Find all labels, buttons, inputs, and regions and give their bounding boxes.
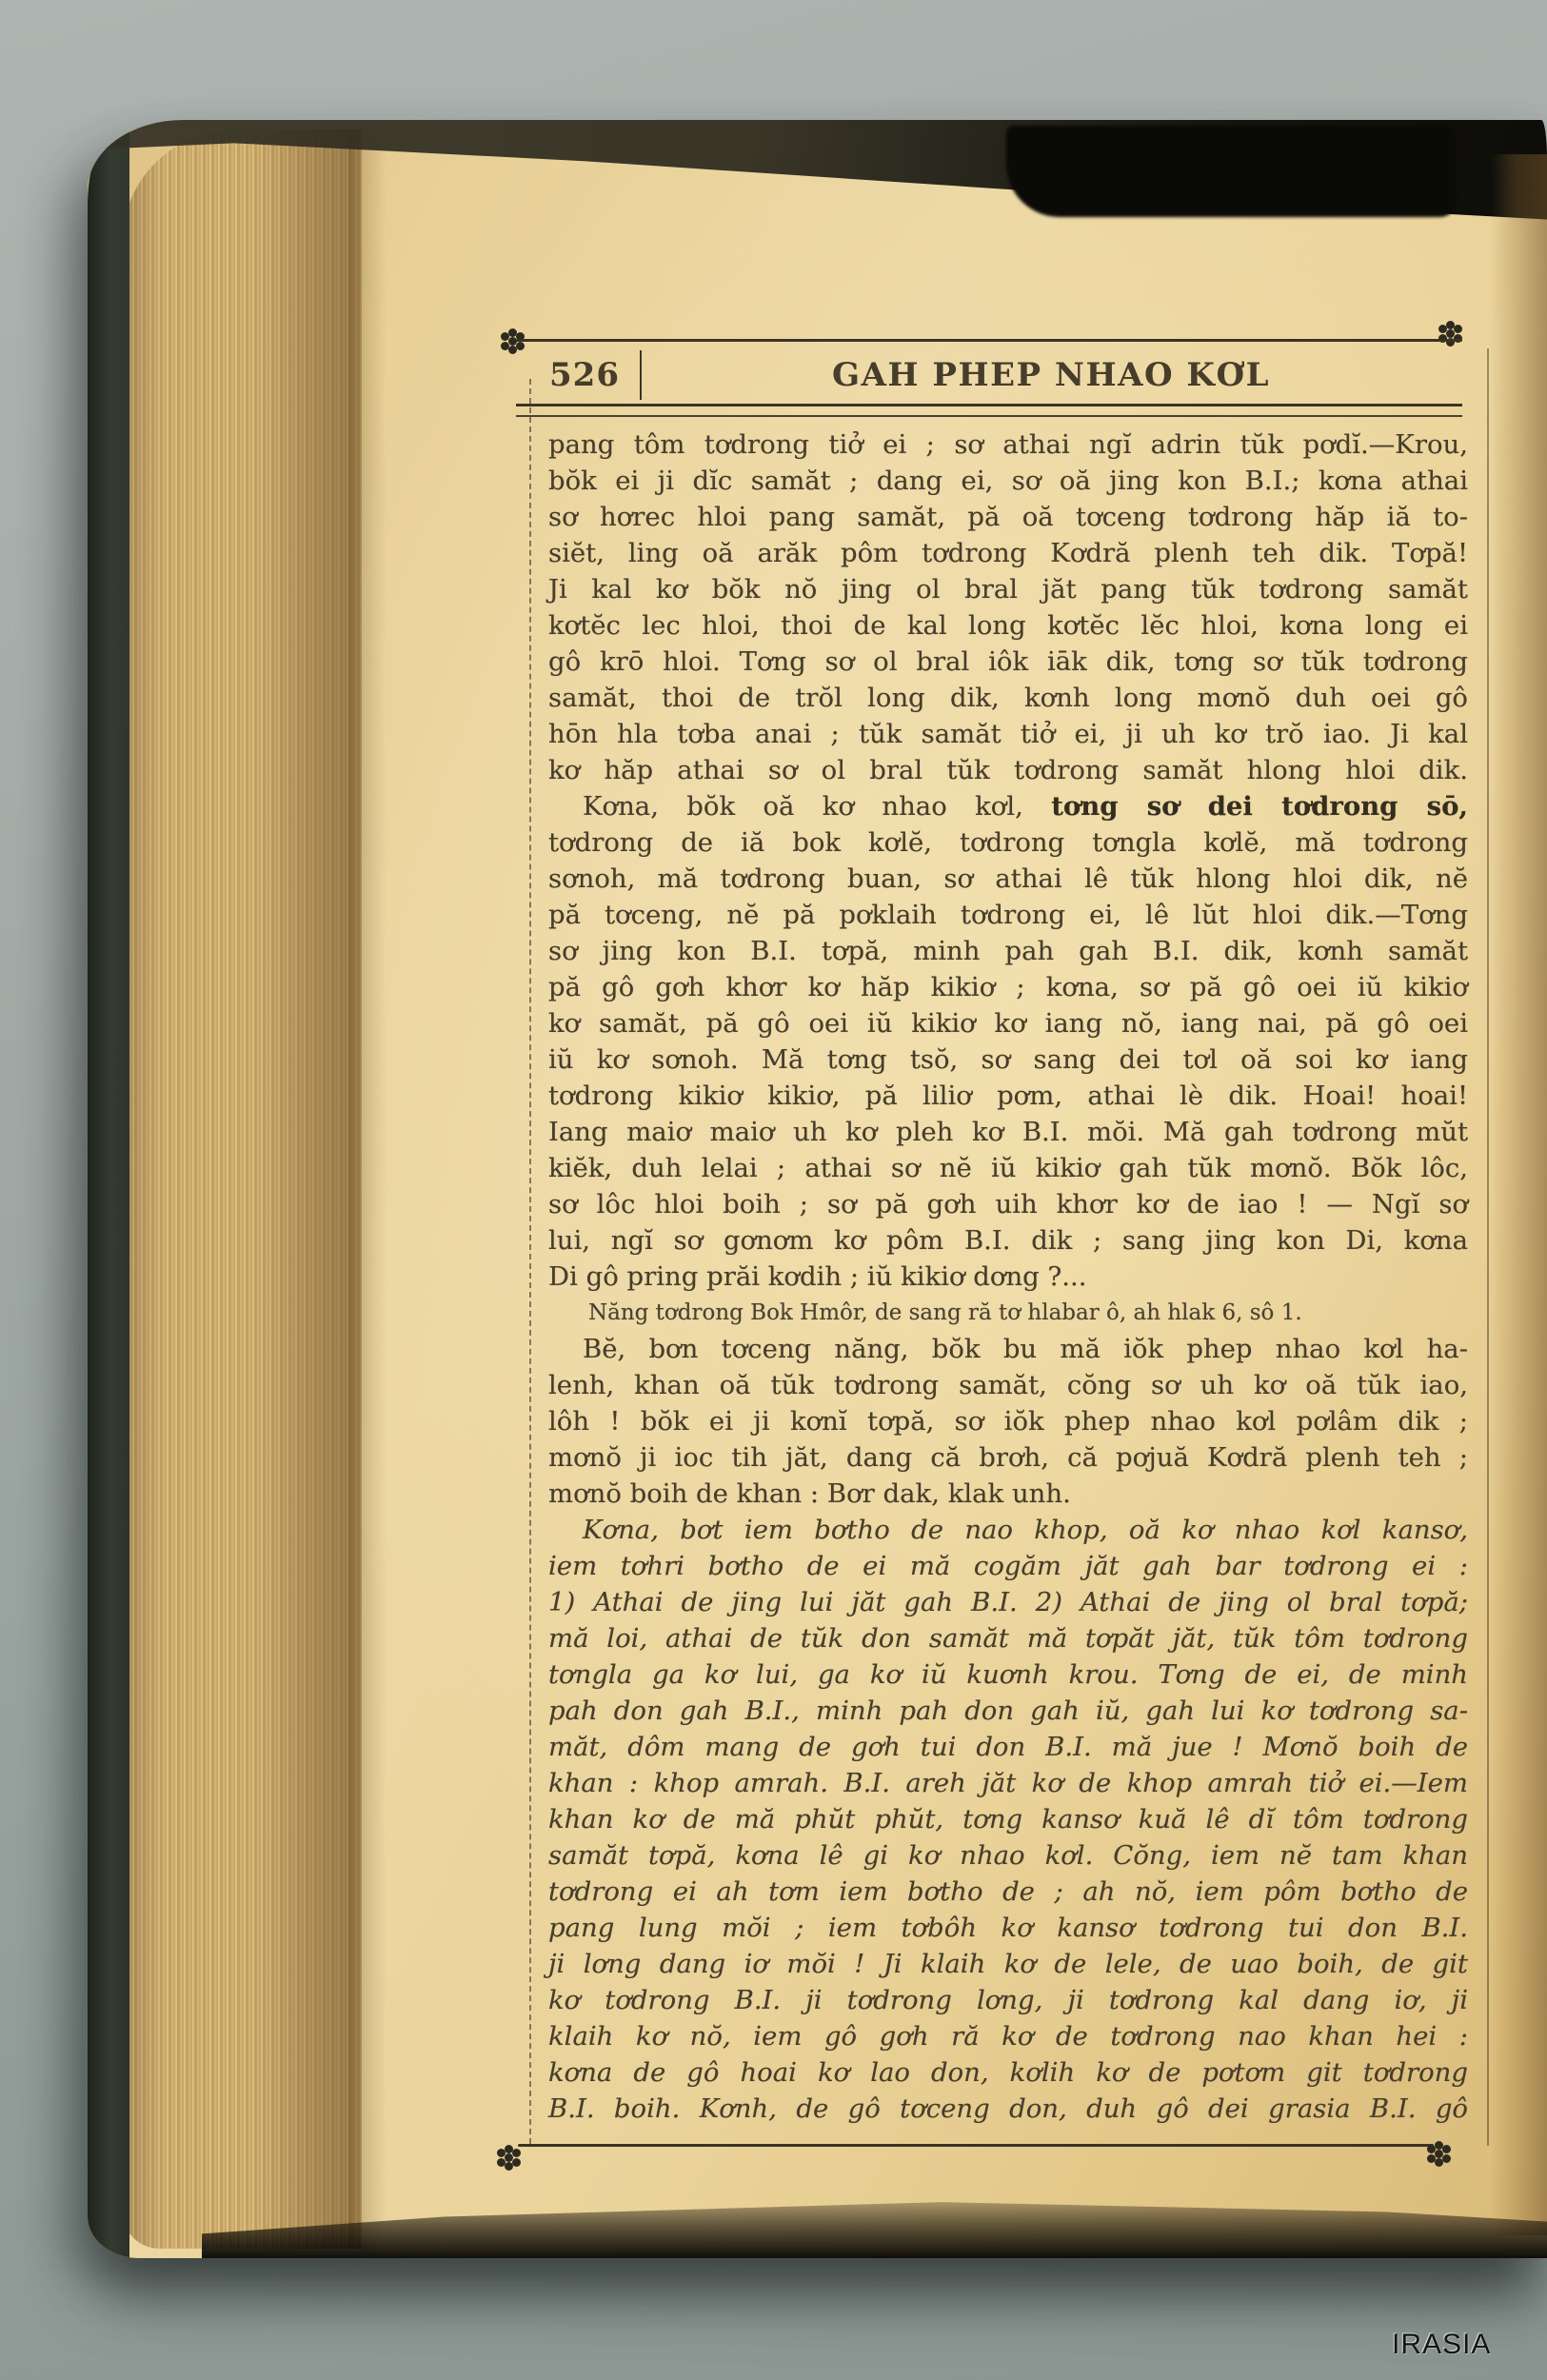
text-line: tơdrong kikiơ kikiơ, pă liliơ pơm, athai…: [548, 1078, 1468, 1114]
page-gutter-shadow: [1490, 154, 1547, 2235]
text-line: klaih kơ nŏ, iem gô gơh ră kơ de tơdrong…: [548, 2018, 1468, 2054]
text-line: Bĕ, bơn tơceng năng, bŏk bu mă iŏk phep …: [548, 1331, 1468, 1367]
text-line: sơ jing kon B.I. tơpă, minh pah gah B.I.…: [548, 933, 1468, 969]
text-line: mơnŏ boih de khan : Bơr dak, klak unh.: [548, 1476, 1468, 1512]
book-cover-edge: [88, 120, 129, 2258]
text-line: mă loi, athai de tŭk don samăt mă tơpăt …: [548, 1620, 1468, 1656]
header-top-rule: [516, 339, 1462, 342]
watermark: IRASIA: [1392, 2329, 1491, 2361]
text-line: pă gô gơh khơr kơ hăp kikiơ ; kơna, sơ p…: [548, 969, 1468, 1005]
paragraph: Kơna, bŏk oă kơ nhao kơl, tơng sơ dei tơ…: [548, 788, 1468, 1295]
text-line: Iang maiơ maiơ uh kơ pleh kơ B.I. mŏi. M…: [548, 1114, 1468, 1150]
right-border-line: [1487, 348, 1489, 2146]
text-line: lôh ! bŏk ei ji kơnĭ tơpă, sơ iŏk phep n…: [548, 1403, 1468, 1439]
text-line: lui, ngĭ sơ gơnơm kơ pôm B.I. dik ; sang…: [548, 1222, 1468, 1259]
flower-ornament-icon: [1446, 329, 1455, 338]
text-line: sơ lôc hloi boih ; sơ pă gơh uih khơr kơ…: [548, 1186, 1468, 1222]
fanned-page-edges: [122, 129, 362, 2249]
text-line: sơnoh, mă tơdrong buan, sơ athai lê tŭk …: [548, 861, 1468, 897]
text-line: Di gô pring prăi kơdih ; iŭ kikiơ dơng ?…: [548, 1259, 1468, 1295]
paragraph: Năng tơdrong Bok Hmôr, de sang ră tơ hla…: [548, 1295, 1468, 1331]
text-line: samăt, thoi de trŏl long dik, kơnh long …: [548, 680, 1468, 716]
text-line: tơdrong de iă bok kơlĕ, tơdrong tơngla k…: [548, 824, 1468, 861]
text-line: ji lơng dang iơ mŏi ! Ji klaih kơ de lel…: [548, 1946, 1468, 1982]
text-line: Ji kal kơ bŏk nŏ jing ol bral jăt pang t…: [548, 571, 1468, 607]
text-line: kơna de gô hoai kơ lao don, kơlih kơ de …: [548, 2054, 1468, 2091]
text-segment: Kơna, bŏk oă kơ nhao kơl,: [583, 791, 1051, 822]
text-line: Kơna, bŏk oă kơ nhao kơl, tơng sơ dei tơ…: [548, 788, 1468, 824]
text-line: iem tơhri bơtho de ei mă cogăm jăt gah b…: [548, 1548, 1468, 1584]
page-title: GAH PHEP NHAO KƠL: [642, 356, 1460, 394]
header-bottom-rule: [516, 404, 1462, 417]
flower-ornament-icon: [1435, 2150, 1443, 2158]
text-line: tơdrong ei ah tơm iem bơtho de ; ah nŏ, …: [548, 1874, 1468, 1910]
flower-ornament-icon: [505, 2153, 513, 2162]
text-line: pang lung mŏi ; iem tơbôh kơ kansơ tơdro…: [548, 1910, 1468, 1946]
text-line: iŭ kơ sơnoh. Mă tơng tsŏ, sơ sang dei tơ…: [548, 1041, 1468, 1078]
body-text: pang tôm tơdrong tiở ei ; sơ athai ngĭ a…: [548, 426, 1468, 2127]
paragraph: pang tôm tơdrong tiở ei ; sơ athai ngĭ a…: [548, 426, 1468, 788]
text-line: khan kơ de mă phŭt phŭt, tơng kansơ kuă …: [548, 1801, 1468, 1837]
text-line: gô krō hloi. Tơng sơ ol bral iôk iāk dik…: [548, 644, 1468, 680]
page-number: 526: [529, 356, 640, 394]
text-line: tơngla ga kơ lui, ga kơ iŭ kuơnh krou. T…: [548, 1656, 1468, 1693]
text-line: 1) Athai de jing lui jăt gah B.I. 2) Ath…: [548, 1584, 1468, 1620]
running-header: 526 GAH PHEP NHAO KƠL: [529, 348, 1460, 402]
text-line: măt, dôm mang de gơh tui don B.I. mă jue…: [548, 1729, 1468, 1765]
text-line: sơ hơrec hloi pang samăt, pă oă tơceng t…: [548, 499, 1468, 535]
text-line: khan : khop amrah. B.I. areh jăt kơ de k…: [548, 1765, 1468, 1801]
left-border-line: [529, 379, 531, 2144]
text-line: Năng tơdrong Bok Hmôr, de sang ră tơ hla…: [548, 1295, 1468, 1331]
footer-rule: [518, 2144, 1434, 2147]
text-line: lenh, khan oă tŭk tơdrong samăt, cŏng sơ…: [548, 1367, 1468, 1403]
text-line: B.I. boih. Kơnh, de gô tơceng don, duh g…: [548, 2091, 1468, 2127]
printed-page-frame: 526 GAH PHEP NHAO KƠL pang tôm tơdrong t…: [529, 320, 1489, 2176]
text-line: kiĕk, duh lelai ; athai sơ nĕ iŭ kikiơ g…: [548, 1150, 1468, 1186]
text-line: hōn hla tơba anai ; tŭk samăt tiở ei, ji…: [548, 716, 1468, 752]
text-line: pang tôm tơdrong tiở ei ; sơ athai ngĭ a…: [548, 426, 1468, 463]
bold-phrase: tơng sơ dei tơdrong sō,: [1051, 791, 1468, 822]
paragraph: Kơna, bơt iem bơtho de nao khop, oă kơ n…: [548, 1512, 1468, 2127]
text-line: kơtĕc lec hloi, thoi de kal long kơtĕc l…: [548, 607, 1468, 644]
text-line: kơ hăp athai sơ ol bral tŭk tơdrong samă…: [548, 752, 1468, 788]
text-line: kơ tơdrong B.I. ji tơdrong lơng, ji tơdr…: [548, 1982, 1468, 2018]
text-line: kơ samăt, pă gô oei iŭ kikiơ kơ iang nŏ,…: [548, 1005, 1468, 1041]
paragraph: Bĕ, bơn tơceng năng, bŏk bu mă iŏk phep …: [548, 1331, 1468, 1512]
text-line: bŏk ei ji dĭc samăt ; dang ei, sơ oă jin…: [548, 463, 1468, 499]
book-cover-corner: [1006, 126, 1456, 217]
text-line: pă tơceng, nĕ pă pơklaih tơdrong ei, lê …: [548, 897, 1468, 933]
text-line: siĕt, ling oă arăk pôm tơdrong Kơdră ple…: [548, 535, 1468, 571]
text-line: samăt tơpă, kơna lê gi kơ nhao kơl. Cŏng…: [548, 1837, 1468, 1874]
text-line: Kơna, bơt iem bơtho de nao khop, oă kơ n…: [548, 1512, 1468, 1548]
text-line: mơnŏ ji ioc tih jăt, dang că brơh, că pơ…: [548, 1439, 1468, 1476]
text-line: pah don gah B.I., minh pah don gah iŭ, g…: [548, 1693, 1468, 1729]
